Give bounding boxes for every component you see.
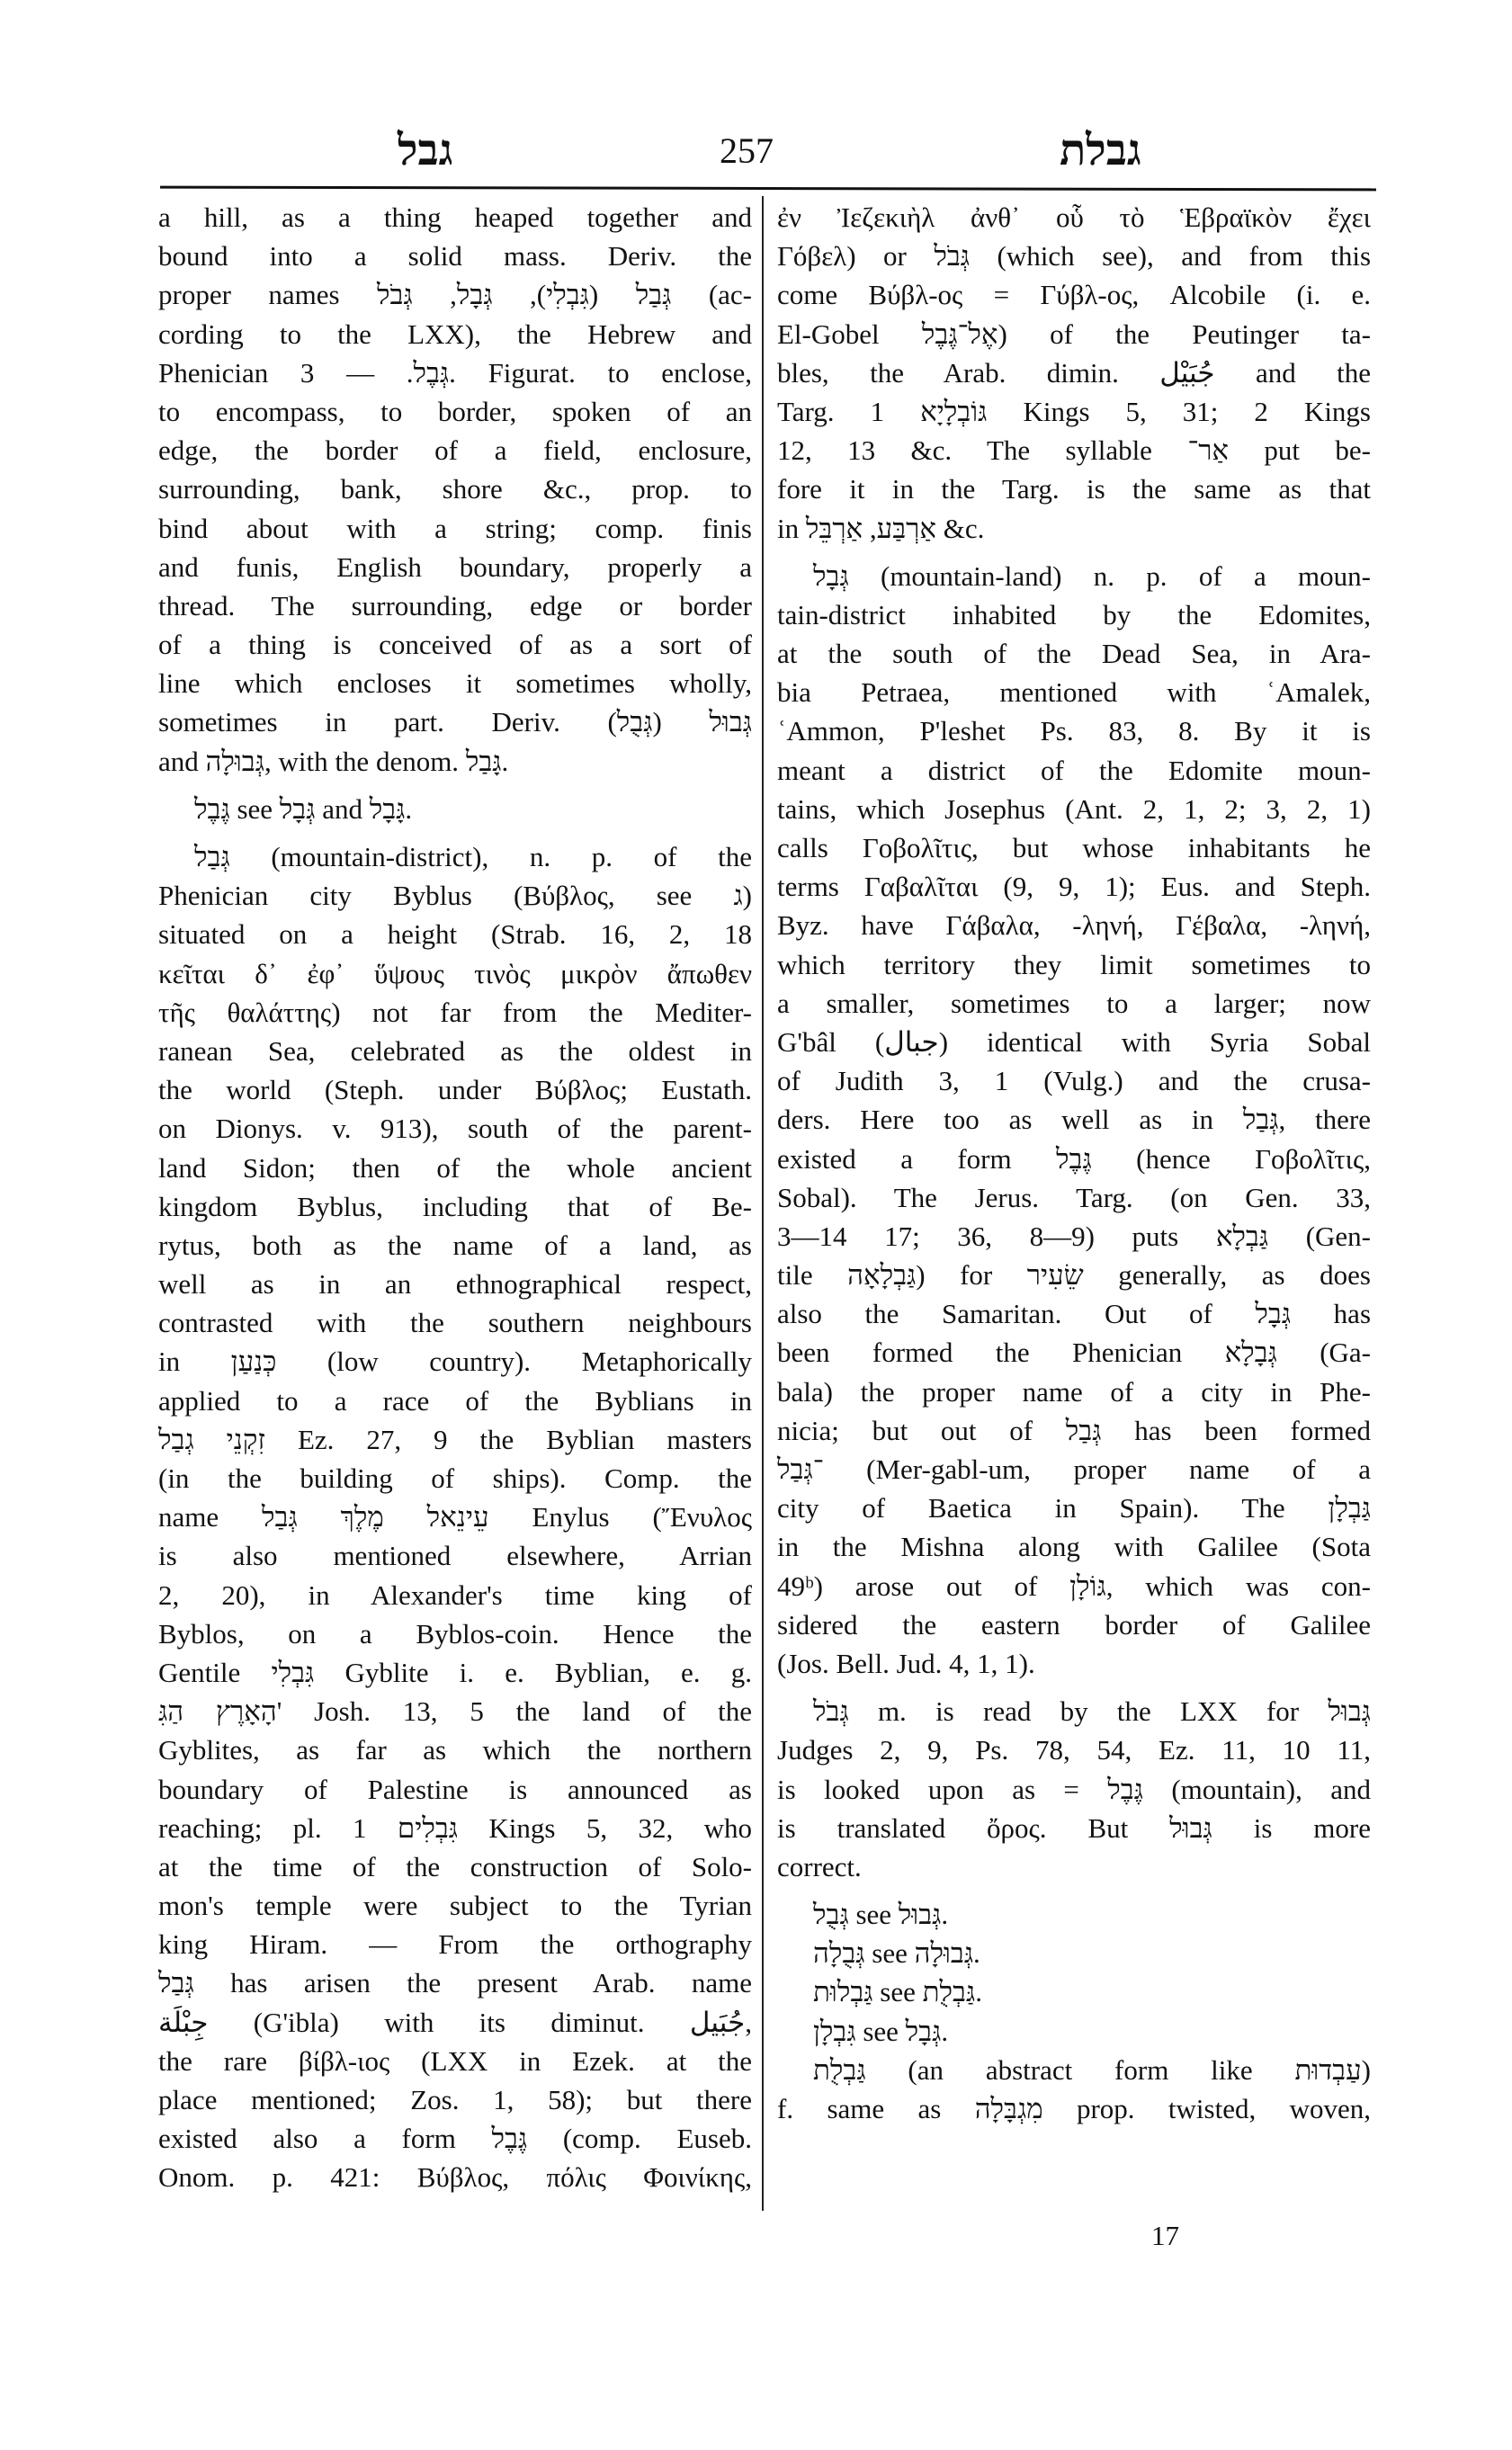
text-line: on Dionys. v. 913), south of the parent- [158, 1109, 752, 1148]
text-line: ־גְּבַל (Mer-gabl-um, proper name of a [777, 1450, 1371, 1489]
text-line: city of Baetica in Spain). The גַּבְלָן [777, 1489, 1371, 1527]
text-line: proper names גְּבַל (גִּבְלִי), גְּבָל, … [158, 275, 752, 314]
text-line: ʿAmmon, P'leshet Ps. 83, 8. By it is [777, 711, 1371, 750]
text-line: sidered the eastern border of Galilee [777, 1605, 1371, 1644]
text-line: kingdom Byblus, including that of Be- [158, 1187, 752, 1226]
text-line: Byblos, on a Byblos-coin. Hence the [158, 1614, 752, 1653]
text-line: name עֵינֵאל מֶלֶךְ גְּבַל Enylus (Ἔνυλο… [158, 1498, 752, 1536]
text-line: bia Petraea, mentioned with ʿAmalek, [777, 673, 1371, 711]
text-line: Gyblites, as far as which the northern [158, 1730, 752, 1769]
text-line: mon's temple were subject to the Tyrian [158, 1886, 752, 1925]
text-line: is looked upon as = גֶּבֶל (mountain), a… [777, 1770, 1371, 1809]
text-line: thread. The surrounding, edge or border [158, 586, 752, 625]
text-line: boundary of Palestine is announced as [158, 1770, 752, 1809]
text-line: tains, which Josephus (Ant. 2, 1, 2; 3, … [777, 790, 1371, 828]
text-line: correct. [777, 1847, 1371, 1886]
text-line: זִקְנֵי גְבַל Ez. 27, 9 the Byblian mast… [158, 1420, 752, 1459]
text-line: well as in an ethnographical respect, [158, 1265, 752, 1303]
text-line: Phenician גְּבֶל. — 3. Figurat. to enclo… [158, 353, 752, 392]
left-headword: גבל [398, 126, 452, 175]
text-line: applied to a race of the Byblians in [158, 1381, 752, 1420]
text-line: 2, 20), in Alexander's time king of [158, 1576, 752, 1614]
left-column: a hill, as a thing heaped together andbo… [158, 198, 752, 2197]
text-line: גִּבְלָן see גְּבָל. [777, 2012, 1371, 2051]
text-line: the rare βίβλ-ιος (LXX in Ezek. at the [158, 2042, 752, 2080]
text-line: Gentile גִּבְלִי Gyblite i. e. Byblian, … [158, 1653, 752, 1692]
text-line: and גְּבוּלָה, with the denom. גָּבַל. [158, 742, 752, 781]
text-line: the world (Steph. under Βύβλος; Eustath. [158, 1070, 752, 1109]
text-line: גְּבָל (mountain-land) n. p. of a moun- [777, 557, 1371, 595]
text-line: جِبْلَة (G'ibla) with its diminut. جُبَي… [158, 2003, 752, 2042]
text-line: to encompass, to border, spoken of an [158, 392, 752, 431]
text-line: גַּבְלוּת see גַּבְלֻת. [777, 1972, 1371, 2011]
text-line: land Sidon; then of the whole ancient [158, 1149, 752, 1187]
text-line: 12, 13 &c. The syllable אַר־ put be- [777, 431, 1371, 469]
text-line: 49ᵇ) arose out of גּוֹלָן, which was con… [777, 1567, 1371, 1605]
text-line: (in the building of ships). Comp. the [158, 1459, 752, 1498]
text-line: τῆς θαλάττης) not far from the Mediter- [158, 993, 752, 1032]
text-line: גְּבֻל see גְּבוּל. [777, 1895, 1371, 1934]
text-line: ders. Here too as well as in גְּבַל, the… [777, 1100, 1371, 1139]
text-line: surrounding, bank, shore &c., prop. to [158, 469, 752, 508]
text-line: Sobal). The Jerus. Targ. (on Gen. 33, [777, 1178, 1371, 1217]
text-line: contrasted with the southern neighbours [158, 1303, 752, 1342]
text-line: cording to the LXX), the Hebrew and [158, 315, 752, 353]
text-line: come Βύβλ-ος = Γύβλ-ος, Alcobile (i. e. [777, 275, 1371, 314]
text-line: and funis, English boundary, properly a [158, 548, 752, 586]
signature-mark: 17 [1151, 2220, 1179, 2252]
text-line: a hill, as a thing heaped together and [158, 198, 752, 237]
text-line: is translated ὄρος. But גְּבוּל is more [777, 1809, 1371, 1847]
text-line: Targ. גּוֹבְלָיָא 1 Kings 5, 31; 2 Kings [777, 392, 1371, 431]
text-line: place mentioned; Zos. 1, 58); but there [158, 2080, 752, 2119]
text-line: terms Γαβαλῖται (9, 9, 1); Eus. and Step… [777, 867, 1371, 906]
text-line: been formed the Phenician גְּבָלָא (Ga- [777, 1333, 1371, 1372]
right-headword: גבלת [1060, 126, 1141, 175]
text-line: גְּבַל (mountain-district), n. p. of the [158, 837, 752, 876]
text-line: ranean Sea, celebrated as the oldest in [158, 1032, 752, 1070]
text-line: of a thing is conceived of as a sort of [158, 625, 752, 664]
page-number: 257 [720, 130, 774, 172]
text-line: sometimes in part. Deriv. גְּבוּל (גְּבֻ… [158, 702, 752, 741]
running-header: גבל 257 גבלת [153, 126, 1376, 180]
text-line: ἐν Ἰεζεκιὴλ ἀνθ᾽ οὗ τὸ Ἑβραϊκὸν ἔχει [777, 198, 1371, 237]
text-line: הָאָרֶץ הַגִּ' Josh. 13, 5 the land of t… [158, 1692, 752, 1730]
text-line: bound into a solid mass. Deriv. the [158, 237, 752, 275]
text-line: El-Gobel אֶל־גֶּבֶל) of the Peutinger ta… [777, 315, 1371, 353]
text-line: גַּבְלֻת (an abstract form like עַבְדוּת… [777, 2051, 1371, 2089]
text-line: bala) the proper name of a city in Phe- [777, 1373, 1371, 1411]
text-line: which territory they limit sometimes to [777, 945, 1371, 984]
text-line: Onom. p. 421: Βύβλος, πόλις Φοινίκης, [158, 2158, 752, 2196]
text-line: κεῖται δ᾽ ἐφ᾽ ὕψους τινὸς μικρὸν ἄπωθεν [158, 954, 752, 993]
header-rule [160, 186, 1376, 192]
text-line: tile גַּבְלָאָה) for שֵׂעִיר generally, … [777, 1256, 1371, 1294]
text-line: is also mentioned elsewhere, Arrian [158, 1536, 752, 1575]
column-divider [762, 196, 764, 2211]
text-line: king Hiram. — From the orthography [158, 1925, 752, 1963]
text-line: situated on a height (Strab. 16, 2, 18 [158, 915, 752, 953]
text-line: of Judith 3, 1 (Vulg.) and the crusa- [777, 1061, 1371, 1100]
text-line: meant a district of the Edomite moun- [777, 751, 1371, 790]
text-line: line which encloses it sometimes wholly, [158, 664, 752, 702]
text-line: at the south of the Dead Sea, in Ara- [777, 634, 1371, 673]
text-line: reaching; pl. גִּבְלִים 1 Kings 5, 32, w… [158, 1809, 752, 1847]
text-line: existed a form גֶּבֶל (hence Γοβολῖτις, [777, 1140, 1371, 1178]
text-line: also the Samaritan. Out of גְּבָל has [777, 1294, 1371, 1333]
text-line: גְּבֹל m. is read by the LXX for גְּבוּל [777, 1692, 1371, 1730]
text-line: גְּבֻלָה see גְּבוּלָה. [777, 1934, 1371, 1972]
text-line: a smaller, sometimes to a larger; now [777, 984, 1371, 1023]
text-line: tain-district inhabited by the Edomites, [777, 595, 1371, 634]
text-line: bind about with a string; comp. finis [158, 509, 752, 548]
text-line: גֶּבֶל see גְּבָל and גָּבָל. [158, 790, 752, 828]
text-line: Phenician city Byblus (Βύβλος, see ג) [158, 876, 752, 915]
text-line: existed also a form גֶּבֶל (comp. Euseb. [158, 2119, 752, 2158]
text-line: in the Mishna along with Galilee (Sota [777, 1527, 1371, 1566]
text-line: Judges 2, 9, Ps. 78, 54, Ez. 11, 10 11, [777, 1730, 1371, 1769]
text-line: גְּבַל has arisen the present Arab. name [158, 1963, 752, 2002]
text-line: 3—14 17; 36, 8—9) puts גַּבְלָא (Gen- [777, 1217, 1371, 1256]
text-line: nicia; but out of גְּבַל has been formed [777, 1411, 1371, 1450]
text-line: f. same as מִגְבָּלָה prop. twisted, wov… [777, 2089, 1371, 2128]
text-line: G'bâl (جبال) identical with Syria Sobal [777, 1023, 1371, 1061]
text-line: calls Γοβολῖτις, but whose inhabitants h… [777, 828, 1371, 867]
text-line: edge, the border of a field, enclosure, [158, 431, 752, 469]
text-line: at the time of the construction of Solo- [158, 1847, 752, 1886]
text-line: bles, the Arab. dimin. جُبَيْل and the [777, 353, 1371, 392]
text-line: in אַרְבַּע, אַרְבֵּל &c. [777, 509, 1371, 548]
text-line: fore it in the Targ. is the same as that [777, 469, 1371, 508]
text-line: (Jos. Bell. Jud. 4, 1, 1). [777, 1644, 1371, 1683]
text-line: Byz. have Γάβαλα, -ληνή, Γέβαλα, -ληνή, [777, 906, 1371, 944]
text-line: Γόβελ) or גְּבֹל (which see), and from t… [777, 237, 1371, 275]
text-line: in כְּנַעַן (low country). Metaphoricall… [158, 1342, 752, 1381]
right-column: ἐν Ἰεζεκιὴλ ἀνθ᾽ οὗ τὸ Ἑβραϊκὸν ἔχειΓόβε… [777, 198, 1371, 2128]
text-line: rytus, both as the name of a land, as [158, 1226, 752, 1265]
